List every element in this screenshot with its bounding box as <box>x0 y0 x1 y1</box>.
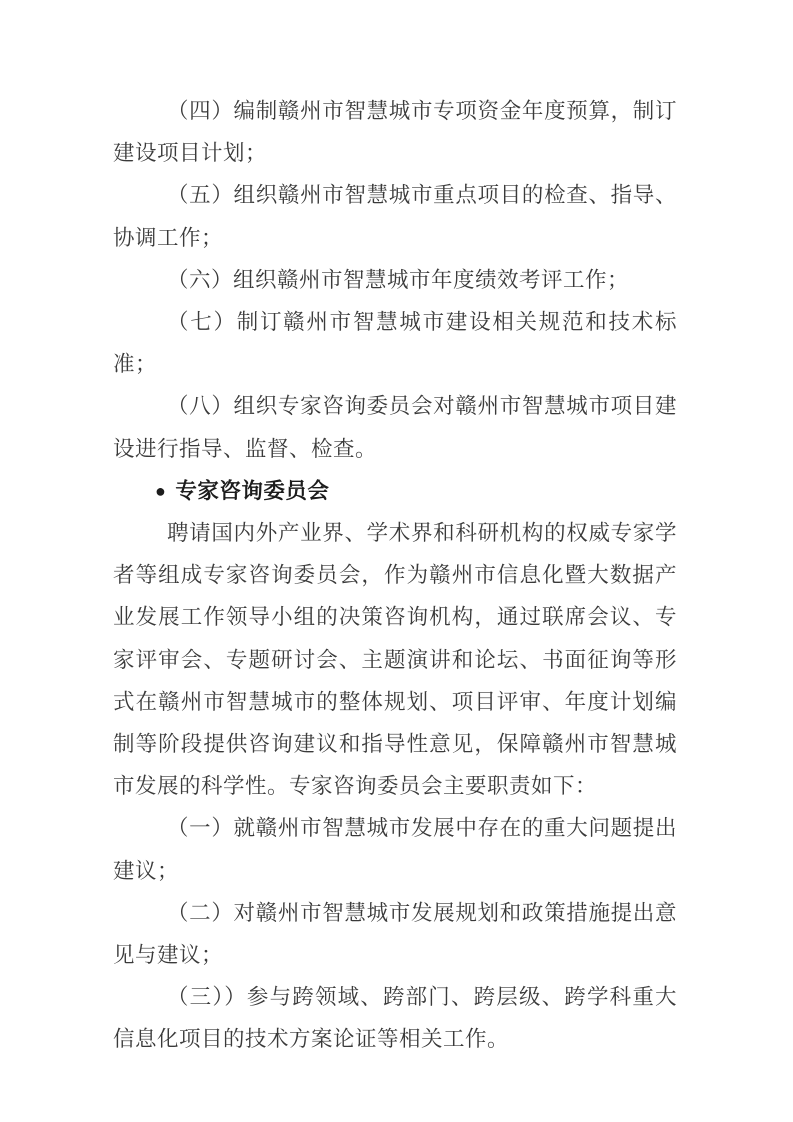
section-heading-text: 专家咨询委员会 <box>175 479 329 503</box>
paragraph-expert-committee-intro: 聘请国内外产业界、学术界和科研机构的权威专家学者等组成专家咨询委员会，作为赣州市… <box>113 512 677 807</box>
paragraph-item-6: （六）组织赣州市智慧城市年度绩效考评工作； <box>113 259 677 301</box>
paragraph-item-8: （八）组织专家咨询委员会对赣州市智慧城市项目建设进行指导、监督、检查。 <box>113 385 677 469</box>
paragraph-item-7: （七）制订赣州市智慧城市建设相关规范和技术标准； <box>113 301 677 385</box>
document-page: （四）编制赣州市智慧城市专项资金年度预算，制订建设项目计划； （五）组织赣州市智… <box>0 0 793 1122</box>
paragraph-item-4: （四）编制赣州市智慧城市专项资金年度预算，制订建设项目计划； <box>113 90 677 174</box>
paragraph-duty-3: （三））参与跨领域、跨部门、跨层级、跨学科重大信息化项目的技术方案论证等相关工作… <box>113 976 677 1060</box>
bullet-icon: ● <box>155 470 166 512</box>
section-heading-expert-committee: ●专家咨询委员会 <box>113 470 677 512</box>
paragraph-item-5: （五）组织赣州市智慧城市重点项目的检查、指导、协调工作； <box>113 174 677 258</box>
paragraph-duty-1: （一）就赣州市智慧城市发展中存在的重大问题提出建议； <box>113 807 677 891</box>
paragraph-duty-2: （二）对赣州市智慧城市发展规划和政策措施提出意见与建议； <box>113 892 677 976</box>
